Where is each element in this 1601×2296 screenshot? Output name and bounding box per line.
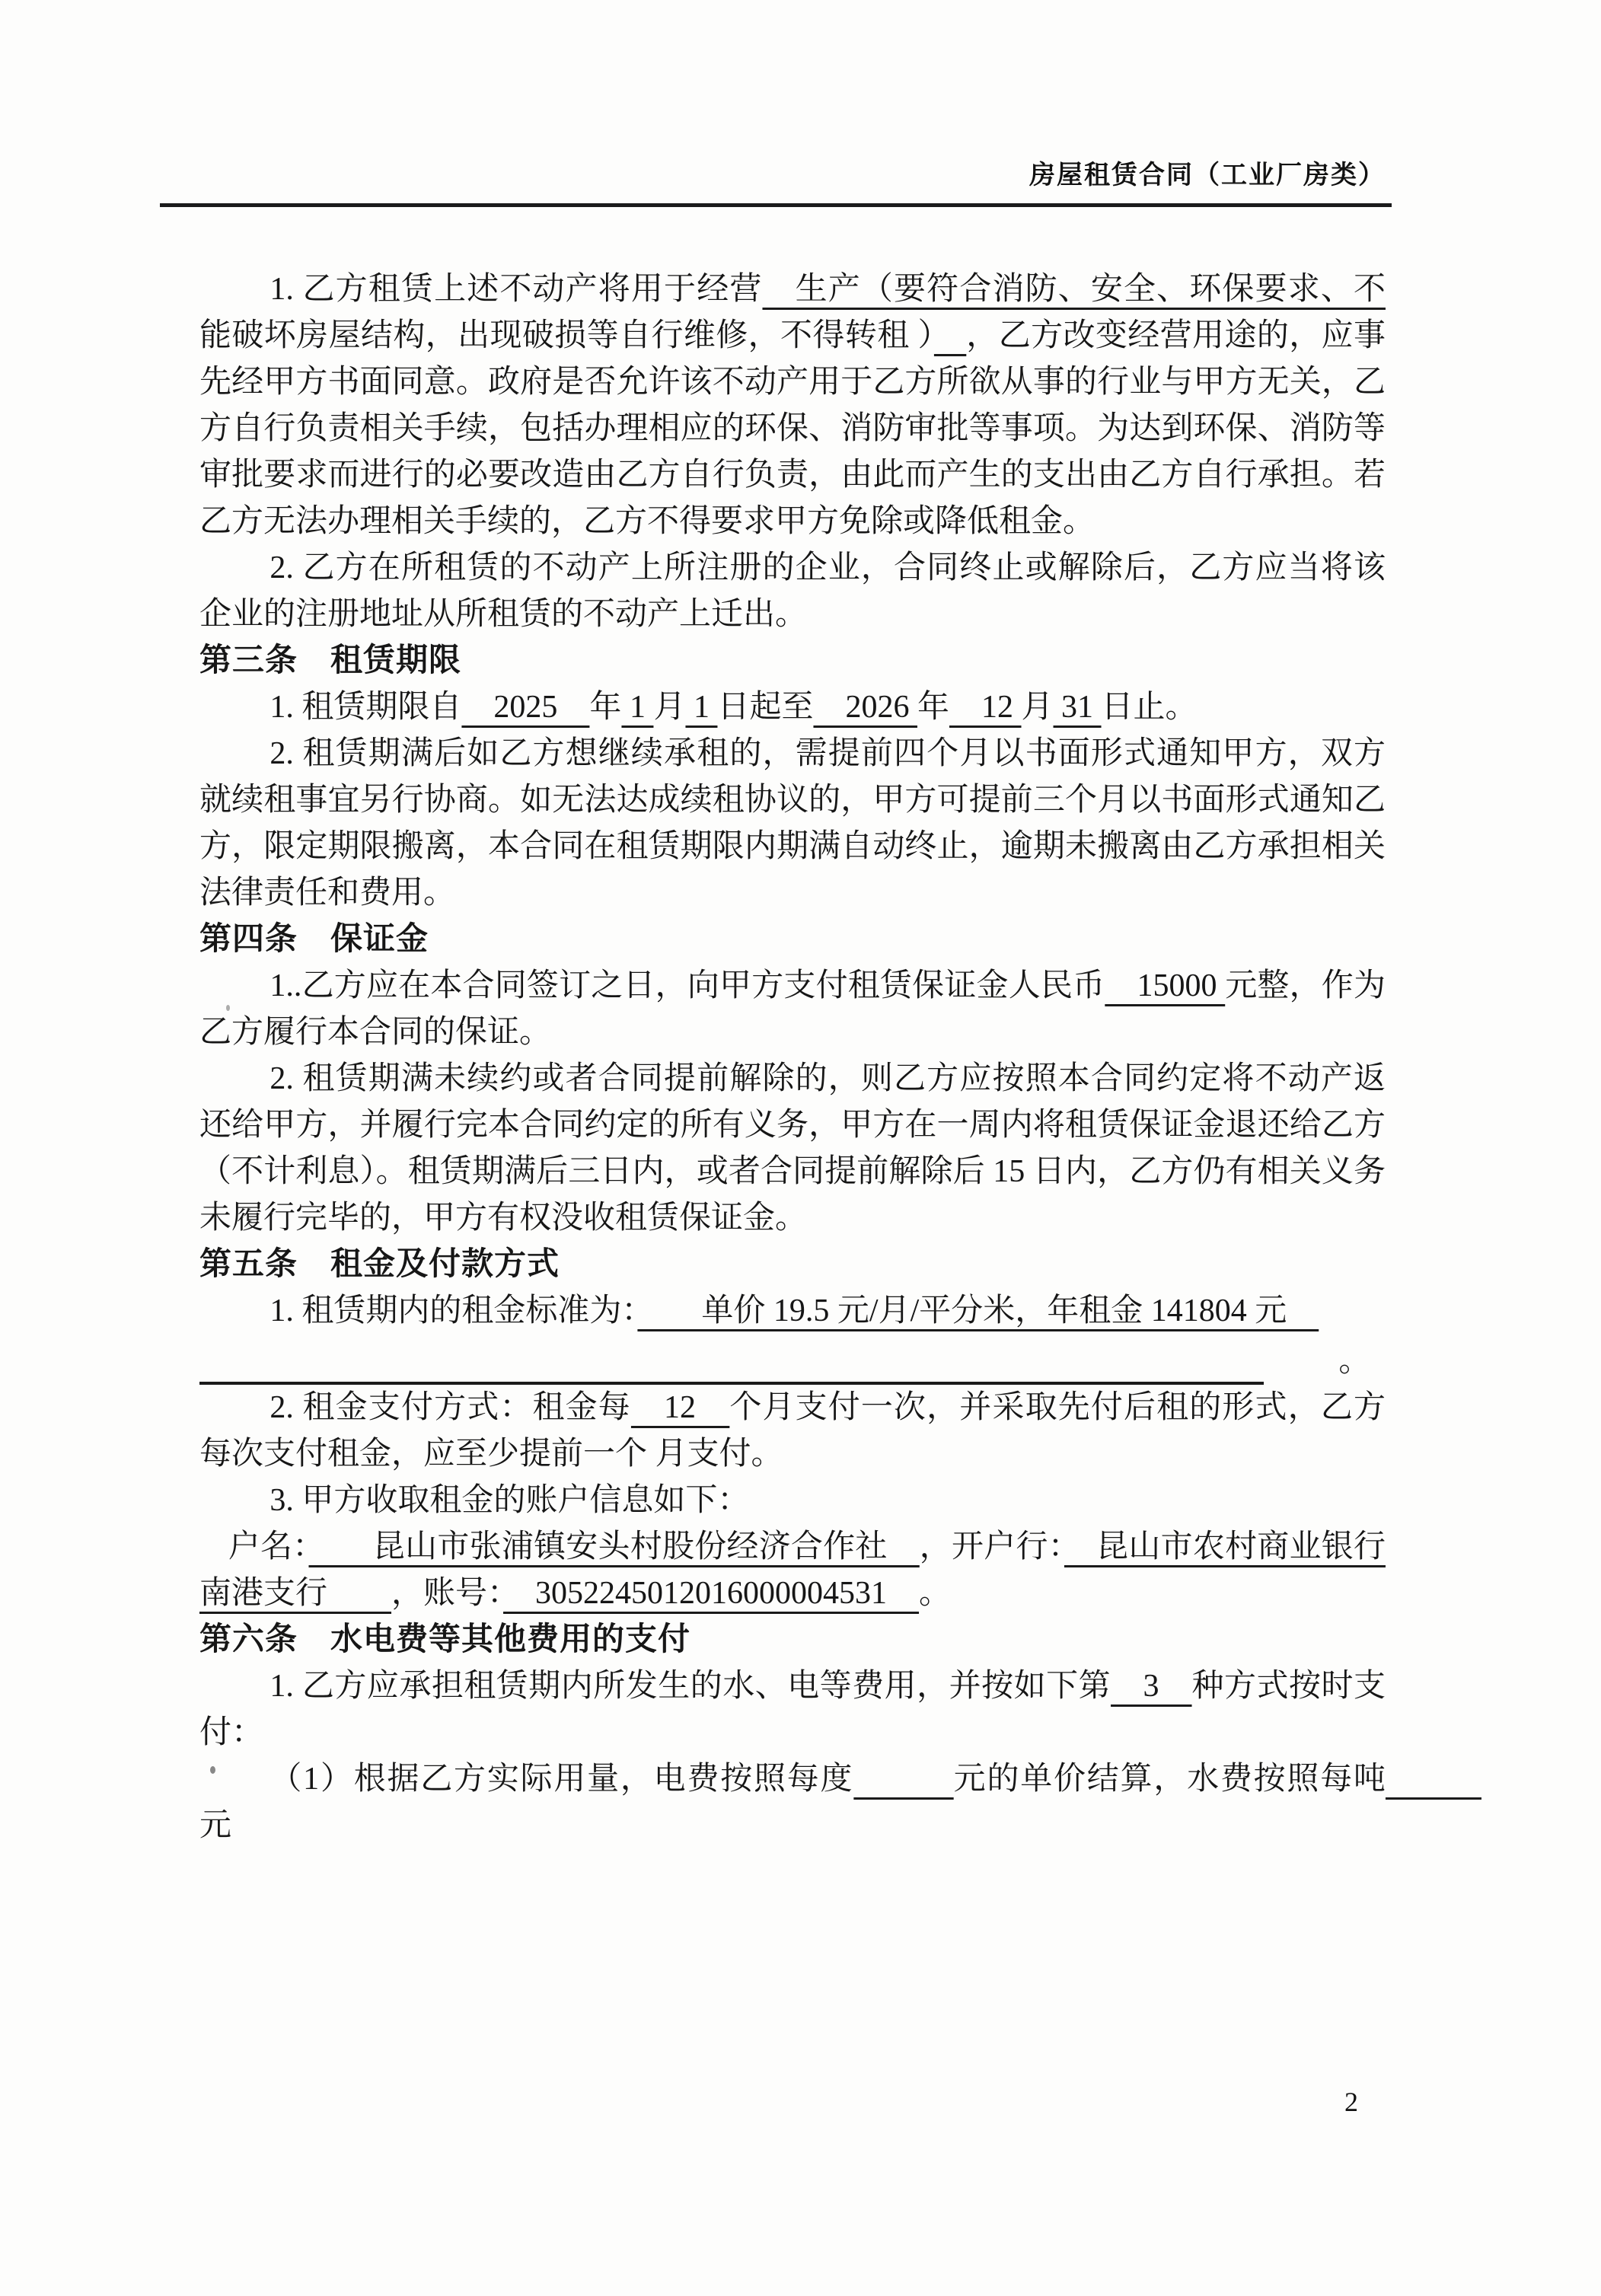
blank-payment-interval-months: 12 [631, 1390, 729, 1425]
page-number: 2 [1344, 2086, 1358, 2118]
text-run: 1..乙方应在本合同签订之日，向甲方支付租赁保证金人民币 [269, 968, 1105, 1003]
text-run: 。 [919, 1576, 951, 1611]
blank-electricity-price [853, 1762, 953, 1797]
blank-account-number: 3052245012016000004531 [503, 1576, 919, 1611]
text-run: （1）根据乙方实际用量，电费按照每度 [269, 1762, 853, 1797]
text-run: 年 [917, 690, 949, 725]
text-run: 户名： [228, 1529, 309, 1564]
text-run: ，账号： [391, 1576, 503, 1611]
period-mark: 。 [1264, 1338, 1370, 1385]
blank-start-day: 1 [685, 690, 717, 725]
rent-standard-continuation-line: 。 [199, 1335, 1386, 1385]
contract-body: 1. 乙方租赁上述不动产将用于经营 生产（要符合消防、安全、环保要求、不能破坏房… [199, 266, 1386, 1849]
text-run: 月 [1022, 690, 1054, 725]
clause-5-heading: 第五条 租金及付款方式 [199, 1242, 1386, 1288]
text-run: 元 [199, 1808, 231, 1843]
blank-start-year: 2025 [461, 690, 589, 725]
text-run: 2. 租赁期满未续约或者合同提前解除的，则乙方应按照本合同约定将不动产返还给甲方… [199, 1061, 1386, 1236]
paragraph-rent-standard: 1. 租赁期内的租金标准为： 单价 19.5 元/月/平分米，年租金 14180… [199, 1288, 1386, 1335]
contract-page: 房屋租赁合同（工业厂房类） 1. 乙方租赁上述不动产将用于经营 生产（要符合消防… [0, 0, 1601, 2296]
page-header: 房屋租赁合同（工业厂房类） [199, 0, 1386, 207]
text-run: ，开户行： [920, 1529, 1064, 1564]
paragraph-account-details: 户名： 昆山市张浦镇安头村股份经济合作社 ，开户行： 昆山市农村商业银行南港支行… [199, 1524, 1386, 1617]
text-run: 元的单价结算，水费按照每吨 [954, 1762, 1386, 1797]
blank-payment-method-number: 3 [1111, 1669, 1191, 1704]
text-run: 2. 乙方在所租赁的不动产上所注册的企业，合同终止或解除后，乙方应当将该企业的注… [199, 550, 1386, 632]
text-run: 1. 租赁期内的租金标准为： [269, 1293, 637, 1328]
paragraph-deposit: 1..乙方应在本合同签订之日，向甲方支付租赁保证金人民币 15000 元整，作为… [199, 963, 1386, 1056]
blank-usage: 生产（要符合消防、安全、环保要求、不 [762, 272, 1386, 307]
empty-blank-line [199, 1347, 1264, 1385]
text-run: 1. 乙方应承担租赁期内所发生的水、电等费用，并按如下第 [269, 1669, 1111, 1704]
blank-end-day: 31 [1054, 690, 1102, 725]
scan-artifact-dot [226, 1005, 230, 1011]
blank-start-month: 1 [621, 690, 653, 725]
text-run: 2. 租赁期满后如乙方想继续承租的，需提前四个月以书面形式通知甲方，双方就续租事… [199, 736, 1386, 910]
text-run: 日止。 [1102, 690, 1198, 725]
header-rule [160, 203, 1392, 207]
paragraph-account-intro: 3. 甲方收取租金的账户信息如下： [199, 1478, 1386, 1524]
blank-deposit-amount: 15000 [1105, 968, 1225, 1003]
paragraph-registered-company: 2. 乙方在所租赁的不动产上所注册的企业，合同终止或解除后，乙方应当将该企业的注… [199, 545, 1386, 638]
clause-6-heading: 第六条 水电费等其他费用的支付 [199, 1617, 1386, 1663]
text-run: 月 [653, 690, 685, 725]
paragraph-payment-method: 2. 租金支付方式：租金每 12 个月支付一次，并采取先付后租的形式，乙方每次支… [199, 1385, 1386, 1478]
text-run: 日起至 [717, 690, 813, 725]
contract-title: 房屋租赁合同（工业厂房类） [1029, 161, 1386, 190]
paragraph-renewal: 2. 租赁期满后如乙方想继续承租的，需提前四个月以书面形式通知甲方，双方就续租事… [199, 731, 1386, 917]
text-run: 2. 租金支付方式：租金每 [269, 1390, 631, 1425]
blank-rent-standard: 单价 19.5 元/月/平分米，年租金 141804 元 [637, 1293, 1319, 1328]
text-run: 1. 乙方租赁上述不动产将用于经营 [269, 272, 762, 307]
paragraph-lease-term: 1. 租赁期限自 2025 年 1 月 1 日起至 2026 年 12 月 31… [199, 684, 1386, 731]
text-run: 能破坏房屋结构，出现破损等自行维修，不得转租 ） [199, 318, 934, 353]
blank-end-year: 2026 [813, 690, 917, 725]
text-run: 3. 甲方收取租金的账户信息如下： [269, 1483, 749, 1518]
page-content: 房屋租赁合同（工业厂房类） 1. 乙方租赁上述不动产将用于经营 生产（要符合消防… [199, 0, 1386, 1849]
blank-usage-tail [934, 318, 966, 353]
blank-water-price [1386, 1762, 1481, 1797]
paragraph-business-use: 1. 乙方租赁上述不动产将用于经营 生产（要符合消防、安全、环保要求、不能破坏房… [199, 266, 1386, 545]
paragraph-deposit-return: 2. 租赁期满未续约或者合同提前解除的，则乙方应按照本合同约定将不动产返还给甲方… [199, 1056, 1386, 1242]
paragraph-utility-rates: （1）根据乙方实际用量，电费按照每度 元的单价结算，水费按照每吨 元 [199, 1756, 1386, 1849]
blank-account-name: 昆山市张浦镇安头村股份经济合作社 [308, 1529, 919, 1564]
clause-4-heading: 第四条 保证金 [199, 917, 1386, 963]
paragraph-utilities: 1. 乙方应承担租赁期内所发生的水、电等费用，并按如下第 3 种方式按时支付： [199, 1663, 1386, 1756]
scan-artifact-dot [210, 1766, 215, 1774]
blank-end-month: 12 [949, 690, 1022, 725]
clause-3-heading: 第三条 租赁期限 [199, 638, 1386, 684]
text-run: 1. 租赁期限自 [269, 690, 461, 725]
text-run: 年 [589, 690, 621, 725]
